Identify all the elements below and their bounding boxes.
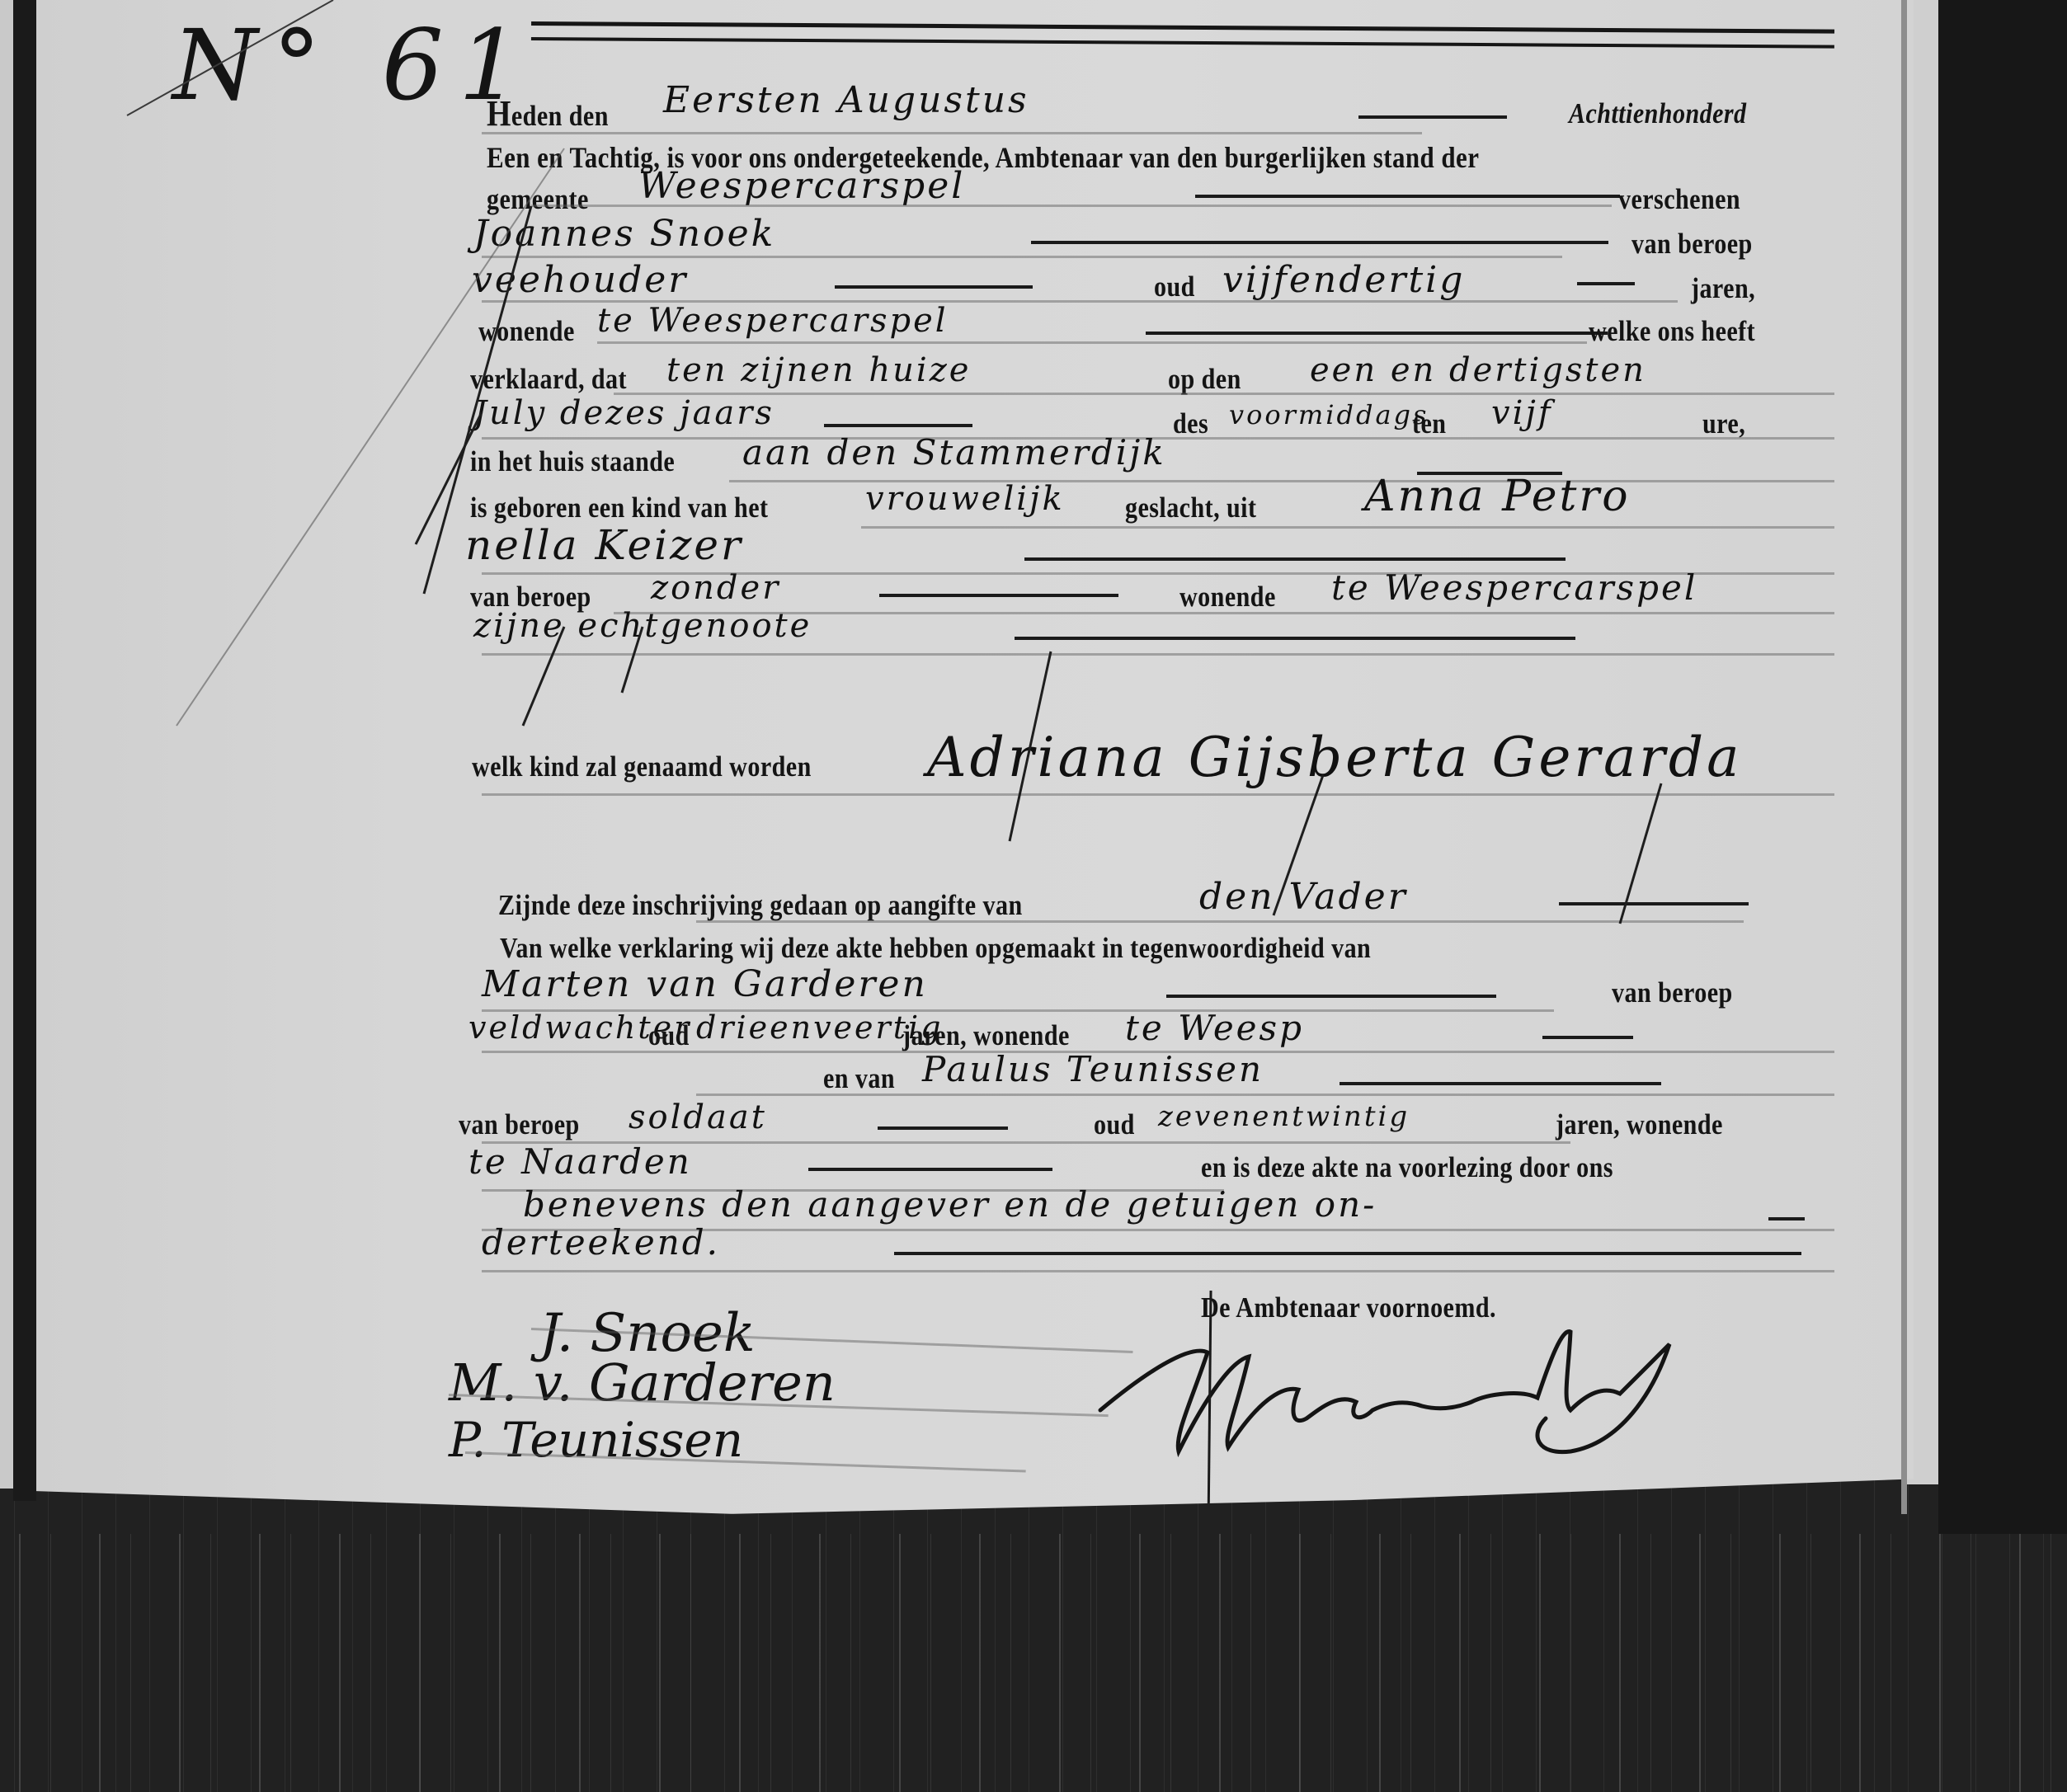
binding-shadow: [13, 0, 36, 1501]
right-scanner-border: [1938, 0, 2067, 1534]
page-right-edge: [1901, 0, 1907, 1514]
certificate-page: N° 61 Heden den Eersten Augustus Achttie…: [36, 0, 1914, 1522]
pen-flourishes-icon: [36, 0, 1914, 1522]
previous-page-edge: [0, 0, 13, 1489]
scanner-streaks: [0, 1534, 2067, 1792]
